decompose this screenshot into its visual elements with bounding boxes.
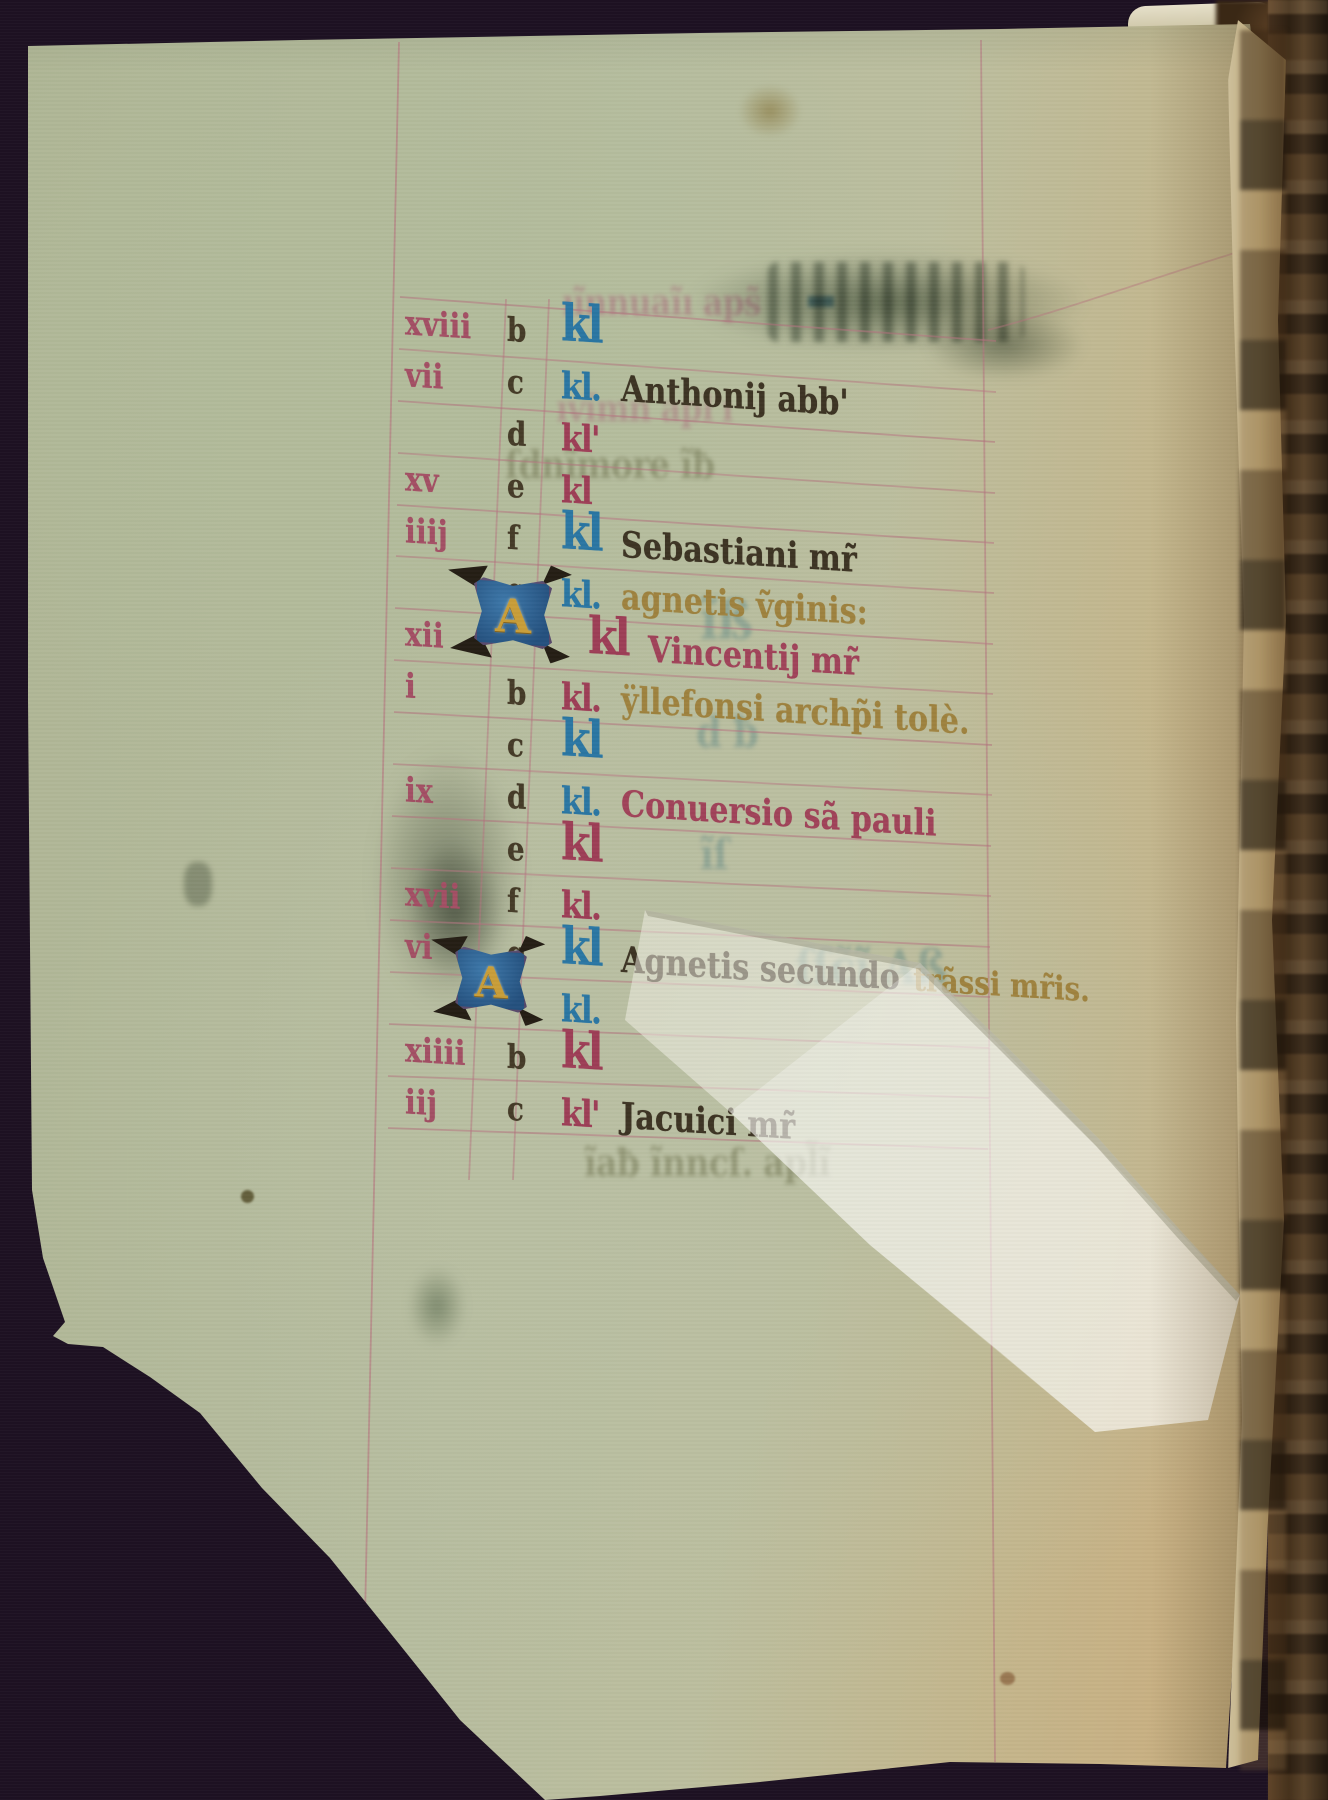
kalends-mark: kl. bbox=[561, 982, 600, 1036]
penwork-flourish bbox=[518, 935, 546, 955]
show-through-text: ſdnĩmore ĩƀ bbox=[505, 442, 714, 487]
golden-number: xiiii bbox=[405, 1024, 465, 1080]
kalends-mark: kl. bbox=[561, 670, 600, 724]
kalends-mark: kl' bbox=[561, 411, 599, 465]
gold-letter: A bbox=[466, 574, 560, 658]
calendar-table: xviii b kl vii c kl. Anthonij abb' d kl'… bbox=[400, 297, 1000, 1175]
repair-tape-strip bbox=[0, 0, 1328, 1800]
kalends-mark: kl bbox=[561, 511, 600, 553]
spot-stain bbox=[1000, 1672, 1015, 1685]
penwork-flourish bbox=[450, 631, 492, 658]
feast-entry: ÿllefonsi archp̃i tolè. bbox=[621, 674, 969, 748]
spot-stain bbox=[241, 1190, 254, 1203]
golden-number: i bbox=[405, 660, 416, 713]
dominical-letter: e bbox=[507, 460, 525, 513]
dominical-letter: c bbox=[507, 719, 524, 772]
repair-tape-highlight bbox=[0, 0, 1328, 1800]
offset-ink-smudge bbox=[688, 252, 1088, 352]
calendar-row: d kl' bbox=[400, 401, 1200, 503]
calendar-row: ix d kl. Conuersio sã pauli bbox=[400, 764, 1200, 866]
kalends-mark: kl bbox=[561, 718, 600, 760]
dominical-letter: b bbox=[507, 1031, 526, 1084]
blue-pigment-smudge bbox=[808, 296, 834, 307]
dominical-letter: d bbox=[507, 771, 526, 824]
golden-number: xii bbox=[405, 608, 444, 662]
penwork-flourish bbox=[431, 934, 468, 957]
kalends-mark: kl. bbox=[561, 359, 600, 413]
dominical-letter: f bbox=[507, 512, 519, 565]
show-through-text: ıvĩmn apl'ı bbox=[556, 388, 733, 430]
kalends-mark: kl' bbox=[561, 1086, 599, 1140]
faint-mark bbox=[184, 862, 212, 906]
golden-number: xviii bbox=[405, 297, 471, 353]
gutter-shadow bbox=[1240, 30, 1286, 1770]
calendar-row: iij c kl' Jacuici mr̃ bbox=[400, 1076, 1200, 1178]
calendar-row: c kl bbox=[400, 712, 1200, 814]
golden-number: iiij bbox=[405, 505, 448, 560]
feast-addition: trãssi mr̃is. bbox=[913, 959, 1089, 1009]
ruling-grid bbox=[0, 0, 1328, 1800]
feast-entry: Jacuici mr̃ bbox=[621, 1090, 795, 1153]
calendar-row: A kl. bbox=[400, 972, 1200, 1074]
calendar-row: xv e kl bbox=[400, 453, 1200, 555]
calendar-row: vi g kl Agnetis secundotrãssi mr̃is. bbox=[400, 920, 1200, 1022]
penwork-flourish bbox=[542, 643, 570, 665]
dominical-letter: b bbox=[507, 304, 526, 357]
penwork-flourish bbox=[542, 565, 572, 587]
dominical-letter: b bbox=[507, 667, 526, 720]
show-through-text: ĩß bbox=[700, 588, 752, 652]
penwork-flourish bbox=[448, 563, 488, 588]
golden-number: xv bbox=[405, 453, 439, 507]
feast-entry: Sebastiani mr̃ bbox=[621, 519, 857, 586]
illuminated-initial-A: A bbox=[448, 936, 534, 1021]
penwork-flourish bbox=[518, 1007, 544, 1027]
calendar-row: xvii f kl. bbox=[400, 868, 1200, 970]
gold-letter: A bbox=[448, 944, 534, 1021]
feast-entry: Vincentij mr̃ bbox=[648, 624, 859, 689]
feast-entry: Anthonij abb' bbox=[621, 363, 849, 429]
manuscript-photo: ıĩnnuaĩı aps̃ ıvĩmn apl'ı ſdnĩmore ĩƀ ĩß… bbox=[0, 0, 1328, 1800]
kalends-mark: kl bbox=[561, 822, 600, 864]
kalends-mark: kl bbox=[588, 616, 627, 658]
initial-ground bbox=[455, 946, 527, 1013]
golden-number: iij bbox=[405, 1076, 437, 1130]
grey-smudge bbox=[408, 842, 504, 982]
calendar-row: xviii b kl bbox=[400, 297, 1200, 399]
initial-ground bbox=[474, 577, 552, 650]
calendar-row: iiij f kl Sebastiani mr̃ bbox=[400, 505, 1200, 607]
calendar-row: vii c kl. Anthonij abb' bbox=[400, 349, 1200, 451]
dominical-letter: g bbox=[507, 564, 526, 617]
golden-number: vii bbox=[405, 349, 443, 403]
show-through-text: ıĩnnuaĩı aps̃ bbox=[562, 282, 761, 324]
repair-tape-edge bbox=[0, 0, 1328, 1800]
dominical-letter: f bbox=[507, 875, 519, 928]
feast-entry: Agnetis secundotrãssi mr̃is. bbox=[621, 934, 1090, 1016]
brown-stain bbox=[738, 84, 802, 138]
golden-number: ix bbox=[405, 764, 433, 818]
dominical-letter: d bbox=[507, 408, 526, 461]
illuminated-initial-A: A bbox=[466, 566, 560, 658]
kalends-mark: kl bbox=[561, 303, 600, 345]
kalends-mark: kl. bbox=[561, 774, 600, 828]
feast-entry: Conuersio sã pauli bbox=[621, 778, 936, 850]
green-smudge bbox=[408, 1266, 466, 1346]
penwork-flourish bbox=[433, 996, 472, 1021]
parchment-leaf: ıĩnnuaĩı aps̃ ıvĩmn apl'ı ſdnĩmore ĩƀ ĩß… bbox=[0, 0, 1328, 1800]
show-through-text: d ƀ bbox=[696, 708, 758, 757]
dominical-letter: g bbox=[507, 927, 526, 980]
golden-number: xvii bbox=[405, 868, 460, 923]
golden-number: vi bbox=[405, 920, 432, 974]
feast-main: Agnetis secundo bbox=[621, 939, 900, 999]
calendar-row: e kl bbox=[400, 816, 1200, 918]
offset-ink-smudge bbox=[768, 262, 1024, 342]
kalends-mark: kl. bbox=[561, 567, 600, 621]
kalends-mark: kl bbox=[561, 463, 591, 517]
show-through-text: ſſc̃ĩ Aß bbox=[795, 940, 947, 996]
offset-ink-smudge bbox=[925, 310, 1085, 380]
calendar-row: g kl. agnetis ṽginis: bbox=[400, 557, 1200, 659]
kalends-mark: kl bbox=[561, 1030, 600, 1072]
calendar-row: i b kl. ÿllefonsi archp̃i tolè. bbox=[400, 660, 1200, 762]
grey-smudge bbox=[372, 748, 522, 1008]
kalends-mark: kl. bbox=[561, 878, 600, 932]
calendar-row: xii A kl Vincentij mr̃ bbox=[400, 608, 1200, 710]
show-through-text: ĩſ bbox=[700, 830, 728, 879]
dominical-letter: e bbox=[507, 823, 525, 876]
feast-entry: agnetis ṽginis: bbox=[621, 571, 868, 639]
show-through-text: ĩaƀ ĩnncſ. apl̃ĩ bbox=[584, 1140, 830, 1185]
kalends-mark: kl bbox=[561, 926, 600, 968]
dominical-letter: c bbox=[507, 356, 524, 409]
calendar-row: xiiii b kl bbox=[400, 1024, 1200, 1126]
dominical-letter: c bbox=[507, 1083, 524, 1136]
